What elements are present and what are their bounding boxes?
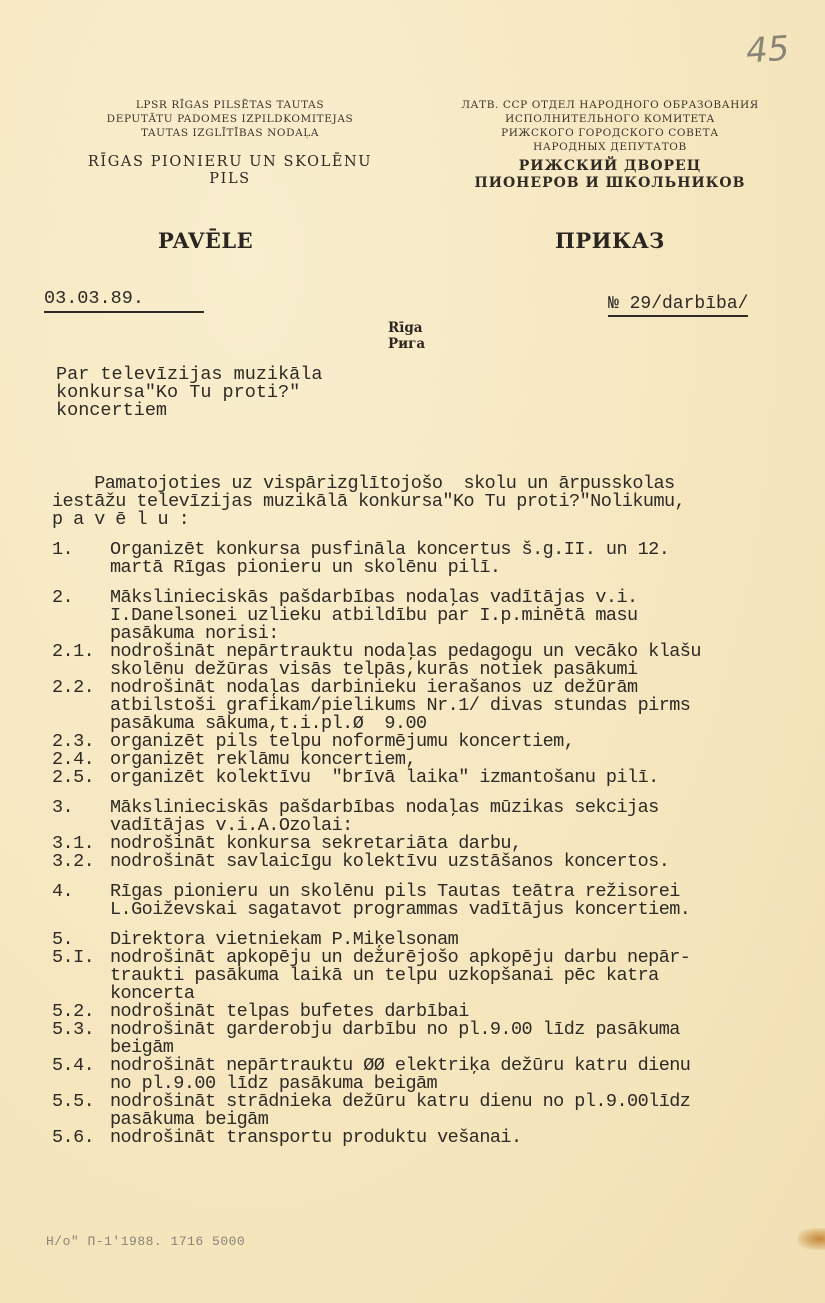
- order-item: 5.6.nodrošināt transportu produktu vešan…: [52, 1129, 812, 1147]
- order-item: 5.5.nodrošināt strādnieka dežūru katru d…: [52, 1093, 812, 1129]
- title-latvian: PAVĒLE: [158, 228, 253, 253]
- order-subject: Par televīzijas muzikāla konkursa"Ko Tu …: [56, 366, 322, 420]
- header-latvian: LPSR RĪGAS PILSĒTAS TAUTAS DEPUTĀTU PADO…: [80, 98, 380, 188]
- item-number: 5.I.: [52, 949, 110, 967]
- order-item: 4.Rīgas pionieru un skolēnu pils Tautas …: [52, 883, 812, 919]
- institution-lv: RĪGAS PIONIERU UN SKOLĒNU PILS: [80, 154, 380, 188]
- header-russian: ЛАТВ. ССР ОТДЕЛ НАРОДНОГО ОБРАЗОВАНИЯ ИС…: [455, 98, 765, 192]
- institution-ru-line2: ПИОНЕРОВ И ШКОЛЬНИКОВ: [455, 175, 765, 192]
- title-russian: ПРИКАЗ: [555, 228, 665, 253]
- order-item: 5.I.nodrošināt apkopēju un dežurējošo ap…: [52, 949, 812, 1003]
- item-number: 1.: [52, 541, 110, 559]
- order-date: 03.03.89.: [44, 288, 204, 313]
- preamble-line: p a v ē l u :: [52, 511, 812, 529]
- item-text: martā Rīgas pionieru un skolēnu pilī.: [110, 557, 500, 578]
- order-items: 1.Organizēt konkursa pusfināla koncertus…: [52, 541, 812, 1147]
- order-item: 2.1.nodrošināt nepārtrauktu nodaļas peda…: [52, 643, 812, 679]
- item-number: 3.: [52, 799, 110, 817]
- order-item: 3.2.nodrošināt savlaicīgu kolektīvu uzst…: [52, 853, 812, 871]
- order-item-line: martā Rīgas pionieru un skolēnu pilī.: [52, 559, 812, 577]
- item-number: 4.: [52, 883, 110, 901]
- place-russian: Рига: [388, 336, 425, 352]
- header-lv-line: LPSR RĪGAS PILSĒTAS TAUTAS: [80, 98, 380, 112]
- order-item: 5.4.nodrošināt nepārtrauktu ØØ elektriķa…: [52, 1057, 812, 1093]
- header-ru-line: ИСПОЛНИТЕЛЬНОГО КОМИТЕТА: [455, 112, 765, 126]
- order-number: № 29/darbība/: [608, 294, 748, 317]
- place-latvian: Rīga: [388, 320, 425, 336]
- item-text: organizēt kolektīvu "brīvā laika" izmant…: [110, 767, 659, 788]
- print-imprint: Н/о" П-1'1988. 1716 5000: [46, 1234, 245, 1249]
- order-body: Pamatojoties uz vispārizglītojošo skolu …: [52, 475, 812, 1147]
- place: Rīga Рига: [388, 320, 425, 352]
- paper-stain: [797, 1228, 825, 1250]
- subject-line: koncertiem: [56, 402, 322, 420]
- item-number: 5.4.: [52, 1057, 110, 1075]
- order-item: 1.Organizēt konkursa pusfināla koncertus…: [52, 541, 812, 577]
- item-number: 2.2.: [52, 679, 110, 697]
- order-item: 3.Mākslinieciskās pašdarbības nodaļas mū…: [52, 799, 812, 835]
- order-item: 5.3.nodrošināt garderobju darbību no pl.…: [52, 1021, 812, 1057]
- item-number: 5.6.: [52, 1129, 110, 1147]
- item-text: L.Goiževskai sagatavot programmas vadītā…: [110, 899, 690, 920]
- order-item: 2.2.nodrošināt nodaļas darbinieku ieraša…: [52, 679, 812, 733]
- order-item: 2.Mākslinieciskās pašdarbības nodaļas va…: [52, 589, 812, 643]
- header-ru-line: РИЖСКОГО ГОРОДСКОГО СОВЕТА: [455, 126, 765, 140]
- item-number: 2.5.: [52, 769, 110, 787]
- order-item-line: 3.2.nodrošināt savlaicīgu kolektīvu uzst…: [52, 853, 812, 871]
- item-number: 2.1.: [52, 643, 110, 661]
- header-lv-line: TAUTAS IZGLĪTĪBAS NODAĻA: [80, 126, 380, 140]
- item-number: 2.: [52, 589, 110, 607]
- item-number: 3.2.: [52, 853, 110, 871]
- header-ru-line: ЛАТВ. ССР ОТДЕЛ НАРОДНОГО ОБРАЗОВАНИЯ: [455, 98, 765, 112]
- item-number: 5.5.: [52, 1093, 110, 1111]
- institution-ru-line1: РИЖСКИЙ ДВОРЕЦ: [455, 158, 765, 175]
- order-item-line: L.Goiževskai sagatavot programmas vadītā…: [52, 901, 812, 919]
- item-text: nodrošināt transportu produktu vešanai.: [110, 1127, 522, 1148]
- order-item: 2.5.organizēt kolektīvu "brīvā laika" iz…: [52, 769, 812, 787]
- order-item-line: 2.5.organizēt kolektīvu "brīvā laika" iz…: [52, 769, 812, 787]
- item-text: nodrošināt garderobju darbību no pl.9.00…: [110, 1019, 680, 1040]
- header-lv-line: DEPUTĀTU PADOMES IZPILDKOMITEJAS: [80, 112, 380, 126]
- item-text: nodrošināt savlaicīgu kolektīvu uzstāšan…: [110, 851, 669, 872]
- item-number: 5.3.: [52, 1021, 110, 1039]
- handwritten-page-number: 45: [745, 29, 791, 72]
- order-item-line: 5.6.nodrošināt transportu produktu vešan…: [52, 1129, 812, 1147]
- header-ru-line: НАРОДНЫХ ДЕПУТАТОВ: [455, 140, 765, 154]
- preamble: Pamatojoties uz vispārizglītojošo skolu …: [52, 475, 812, 529]
